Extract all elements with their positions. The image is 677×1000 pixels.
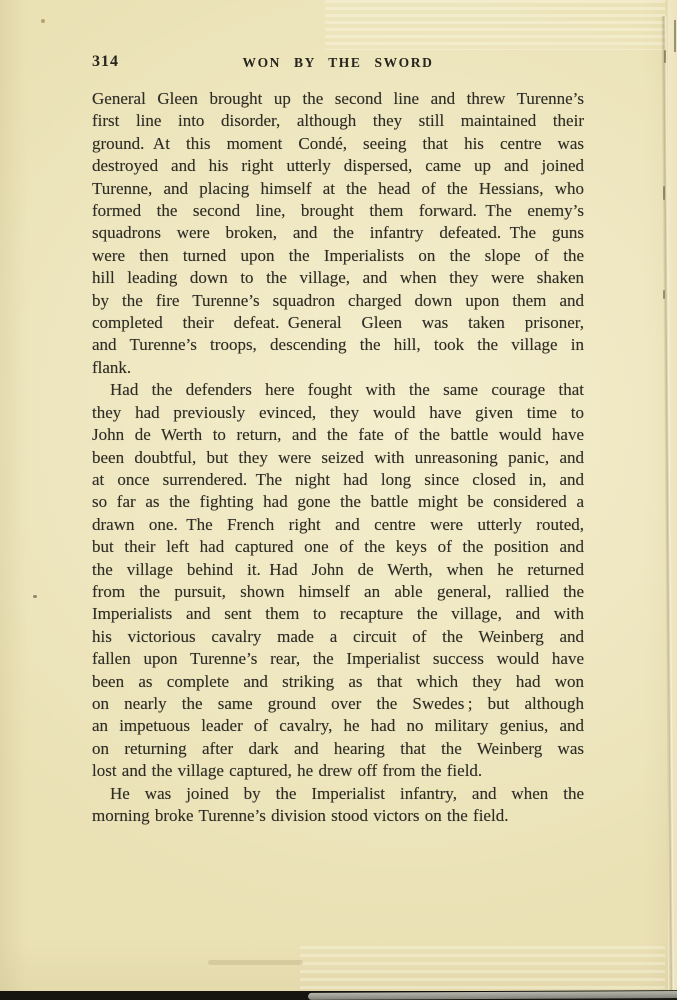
text-line: so far as the fighting had gone the batt… (92, 491, 584, 513)
paper-speck (41, 19, 45, 23)
text-line: been doubtful, but they were seized with… (92, 447, 584, 469)
paper-smudge (208, 960, 303, 965)
text-line: John de Werth to return, and the fate of… (92, 424, 584, 446)
text-line: completed their defeat. General Gleen wa… (92, 312, 584, 334)
text-line: his victorious cavalry made a circuit of… (92, 626, 584, 648)
text-line: from the pursuit, shown himself an able … (92, 581, 584, 603)
text-line: on returning after dark and hearing that… (92, 738, 584, 760)
paper-streaks-top (325, 0, 665, 50)
text-line: drawn one. The French right and centre w… (92, 514, 584, 536)
text-line: formed the second line, brought them for… (92, 200, 584, 222)
text-line: Imperialists and sent them to recapture … (92, 603, 584, 625)
text-line: General Gleen brought up the second line… (92, 88, 584, 110)
text-line: lost and the village captured, he drew o… (92, 760, 584, 782)
text-line: ground. At this moment Condé, seeing tha… (92, 133, 584, 155)
text-line: He was joined by the Imperialist infantr… (92, 783, 584, 805)
text-line: morning broke Turenne’s division stood v… (92, 805, 584, 827)
scanned-book-page: 314 WON BY THE SWORD General Gleen broug… (0, 0, 677, 1000)
text-line: hill leading down to the village, and wh… (92, 267, 584, 289)
page-edge-nick (664, 50, 666, 63)
text-line: were then turned upon the Imperialists o… (92, 245, 584, 267)
running-title: WON BY THE SWORD (92, 55, 584, 71)
text-line: on nearly the same ground over the Swede… (92, 693, 584, 715)
paper-streaks-bottom (300, 946, 665, 990)
text-line: by the fire Turenne’s squadron charged d… (92, 290, 584, 312)
page-edge-tick (674, 20, 676, 52)
text-line: but their left had captured one of the k… (92, 536, 584, 558)
paragraph: General Gleen brought up the second line… (92, 88, 584, 379)
text-line: Turenne, and placing himself at the head… (92, 178, 584, 200)
text-line: the village behind it. Had John de Werth… (92, 559, 584, 581)
text-block: General Gleen brought up the second line… (92, 88, 584, 827)
page-edge-nick (663, 186, 665, 200)
text-line: first line into disorder, although they … (92, 110, 584, 132)
paragraph: He was joined by the Imperialist infantr… (92, 783, 584, 828)
text-line: an impetuous leader of cavalry, he had n… (92, 715, 584, 737)
page-header: 314 WON BY THE SWORD (92, 53, 584, 71)
text-line: been as complete and striking as that wh… (92, 671, 584, 693)
page-edge-nick (663, 290, 665, 299)
paragraph: Had the defenders here fought with the s… (92, 379, 584, 782)
paper-speck (33, 595, 37, 598)
text-line: squadrons were broken, and the infantry … (92, 222, 584, 244)
text-line: at once surrendered. The night had long … (92, 469, 584, 491)
text-line: Had the defenders here fought with the s… (92, 379, 584, 401)
text-line: fallen upon Turenne’s rear, the Imperial… (92, 648, 584, 670)
text-line: flank. (92, 357, 584, 379)
text-line: destroyed and his right utterly disperse… (92, 155, 584, 177)
text-line: they had previously evinced, they would … (92, 402, 584, 424)
text-line: and Turenne’s troops, descending the hil… (92, 334, 584, 356)
